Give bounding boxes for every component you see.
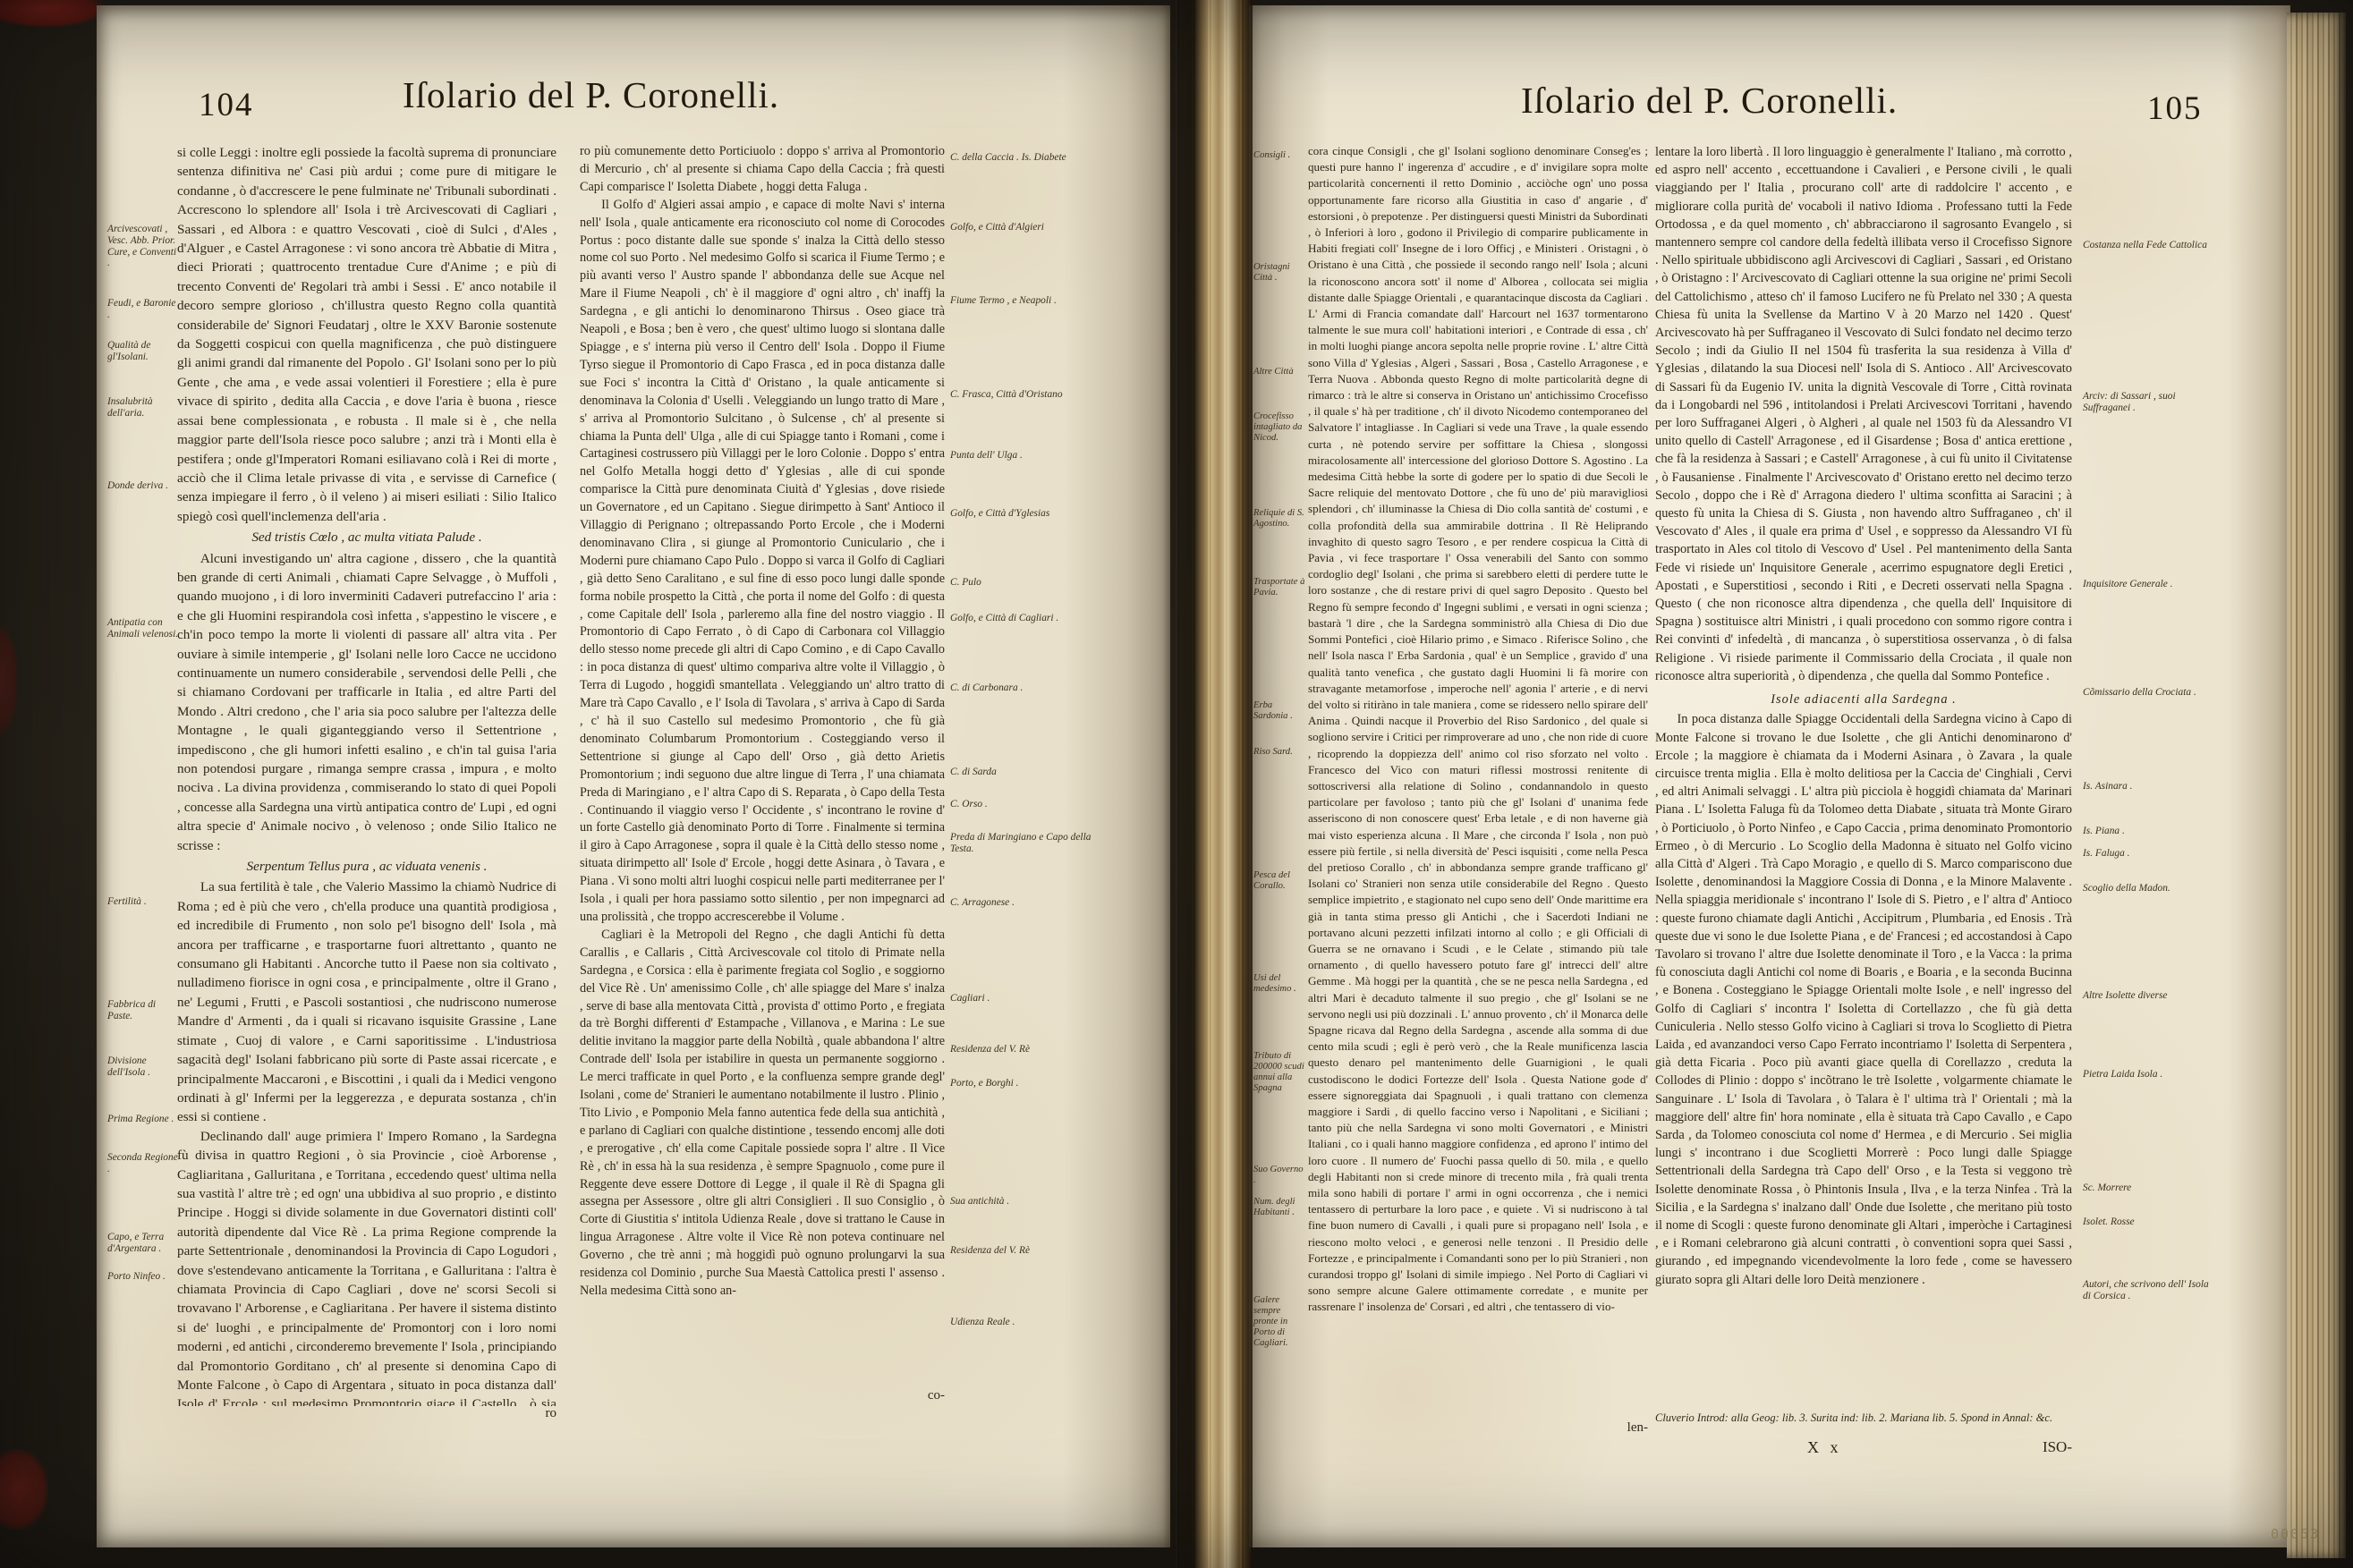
margin-note: C. di Carbonara .: [950, 682, 1100, 694]
margin-note: Isolet. Rosse: [2083, 1216, 2217, 1228]
margin-note: Is. Asinara .: [2083, 781, 2217, 792]
binding-red-mark: [0, 626, 18, 733]
margin-note: Costanza nella Fede Cattolica: [2083, 240, 2217, 251]
margin-note: Feudi, e Baronie .: [107, 298, 179, 321]
margin-note: Scoglio della Madon.: [2083, 883, 2217, 894]
margin-note: Altre Isolette diverse: [2083, 990, 2217, 1002]
catchword: len-: [1308, 1420, 1648, 1436]
margin-note: Insalubrità dell'aria.: [107, 396, 179, 420]
margin-note: Seconda Regione .: [107, 1152, 179, 1175]
text-column: ro più comunemente detto Porticiuolo : d…: [580, 143, 945, 1406]
margin-note: Sc. Morrere: [2083, 1182, 2217, 1194]
paragraph: lentare la loro libertà . Il loro lingua…: [1655, 143, 2072, 685]
margin-note: Cagliari .: [950, 993, 1100, 1004]
paragraph: Il Golfo d' Algieri assai ampio , e capa…: [580, 197, 945, 927]
running-title-left: Iſolario del P. Coronelli.: [403, 73, 779, 116]
margin-note: Porto, e Borghi .: [950, 1078, 1100, 1089]
margin-note: Golfo, e Città d'Yglesias: [950, 508, 1100, 520]
book-scan: 104 Iſolario del P. Coronelli. Iſolario …: [0, 0, 2353, 1568]
margin-note: Golfo, e Città d'Algieri: [950, 222, 1100, 233]
margin-note: Punta dell' Ulga .: [950, 450, 1100, 462]
margin-note: Autori, che scrivono dell' Isola di Cors…: [2083, 1279, 2217, 1302]
margin-note: Suo Governo .: [1253, 1165, 1305, 1186]
margin-note: Porto Ninfeo .: [107, 1271, 179, 1283]
margin-note: Qualità de gl'Isolani.: [107, 340, 179, 363]
paragraph: La sua fertilità è tale , che Valerio Ma…: [177, 877, 556, 1126]
margin-note: C. Pulo: [950, 577, 1100, 589]
margin-note: Cõmissario della Crociata .: [2083, 687, 2217, 699]
margin-note: Divisione dell'Isola .: [107, 1055, 179, 1079]
gathering-signature: X x: [1807, 1438, 1842, 1457]
text-column: lentare la loro libertà . Il loro lingua…: [1655, 143, 2072, 1406]
text-column: cora cinque Consigli , che gl' Isolani s…: [1308, 143, 1648, 1406]
verse-quote: Serpentum Tellus pura , ac viduata venen…: [177, 857, 556, 876]
binding-red-mark: [0, 1449, 48, 1530]
margin-note: Fertilità .: [107, 896, 179, 908]
margin-note: Tributo di 200000 scudi annui alla Spagn…: [1253, 1051, 1305, 1094]
catchword: ISO-: [1950, 1438, 2072, 1456]
margin-note: Donde deriva .: [107, 480, 179, 492]
margin-note: Sua antichità .: [950, 1196, 1100, 1208]
margin-note: Altre Città: [1253, 367, 1305, 377]
margin-note: Residenza del V. Rè: [950, 1044, 1100, 1055]
section-heading: Isole adiacenti alla Sardegna .: [1655, 691, 2072, 708]
paragraph: ro più comunemente detto Porticiuolo : d…: [580, 143, 945, 197]
margin-note: Prima Regione .: [107, 1114, 179, 1125]
running-title-right: Iſolario del P. Coronelli.: [1521, 79, 1898, 122]
margin-note: C. Arragonese .: [950, 897, 1100, 909]
margin-note: C. di Sarda: [950, 767, 1100, 778]
margin-note: C. della Caccia . Is. Diabete: [950, 152, 1100, 164]
paragraph: In poca distanza dalle Spiagge Occidenta…: [1655, 710, 2072, 1289]
margin-note: Consigli .: [1253, 150, 1305, 161]
margin-note: Residenza del V. Rè: [950, 1245, 1100, 1257]
margin-note: Arciv: di Sassari , suoi Suffraganei .: [2083, 391, 2217, 414]
paragraph: Alcuni investigando un' altra cagione , …: [177, 549, 556, 856]
margin-notes-strip: Consigli .Oristagni Città .Altre CittàCr…: [1253, 0, 1305, 1568]
paragraph: Declinando dall' auge primiera l' Impero…: [177, 1127, 556, 1406]
margin-note: C. Frasca, Città d'Oristano: [950, 389, 1100, 401]
margin-note: Reliquie di S. Agostino.: [1253, 508, 1305, 530]
margin-note: Num. degli Habitanti .: [1253, 1197, 1305, 1218]
margin-note: Crocefisso intagliato da Nicod.: [1253, 411, 1305, 444]
inventory-stamp: 00053: [2271, 1526, 2320, 1542]
page-stack-fore-edge: [2287, 13, 2346, 1558]
margin-note: Is. Piana .: [2083, 826, 2217, 837]
margin-note: Is. Faluga .: [2083, 848, 2217, 860]
margin-note: Trasportate à Pavia.: [1253, 577, 1305, 598]
margin-note: Pesca del Corallo.: [1253, 870, 1305, 892]
paragraph: si colle Leggi : inoltre egli possiede l…: [177, 143, 556, 526]
margin-notes-strip: Arcivescovati , Vesc. Abb. Prior. Cure, …: [107, 0, 179, 1568]
margin-note: Oristagni Città .: [1253, 262, 1305, 284]
margin-note: Inquisitore Generale .: [2083, 579, 2217, 590]
margin-note: Fabbrica di Paste.: [107, 999, 179, 1022]
margin-note: Pietra Laida Isola .: [2083, 1069, 2217, 1081]
catchword: ro: [177, 1406, 556, 1421]
margin-note: Arcivescovati , Vesc. Abb. Prior. Cure, …: [107, 224, 179, 269]
margin-note: Capo, e Terra d'Argentara .: [107, 1232, 179, 1255]
book-gutter: [1163, 0, 1253, 1568]
margin-notes-strip: Costanza nella Fede CattolicaArciv: di S…: [2083, 0, 2217, 1568]
margin-note: Antipatia con Animali velenosi.: [107, 617, 179, 640]
paragraph: Cagliari è la Metropoli del Regno , che …: [580, 927, 945, 1301]
margin-note: Riso Sard.: [1253, 747, 1305, 758]
margin-note: Fiume Termo , e Neapoli .: [950, 295, 1100, 307]
margin-notes-strip: C. della Caccia . Is. DiabeteGolfo, e Ci…: [950, 0, 1100, 1568]
footnote-citation: Cluverio Introd: alla Geog: lib. 3. Suri…: [1655, 1411, 2072, 1425]
margin-note: Usi del medesimo .: [1253, 973, 1305, 995]
catchword: co-: [580, 1388, 945, 1403]
margin-note: Preda di Maringiano e Capo della Testa.: [950, 832, 1100, 855]
margin-note: Galere sempre pronte in Porto di Cagliar…: [1253, 1295, 1305, 1349]
paragraph: cora cinque Consigli , che gl' Isolani s…: [1308, 143, 1648, 1316]
margin-note: C. Orso .: [950, 799, 1100, 810]
margin-note: Udienza Reale .: [950, 1317, 1100, 1328]
margin-note: Golfo, e Città di Cagliari .: [950, 613, 1100, 624]
verse-quote: Sed tristis Cœlo , ac multa vitiata Palu…: [177, 528, 556, 547]
page-number-left: 104: [199, 86, 254, 124]
margin-note: Erba Sardonia .: [1253, 700, 1305, 722]
text-column: si colle Leggi : inoltre egli possiede l…: [177, 143, 556, 1406]
binding-red-mark: [0, 0, 104, 27]
